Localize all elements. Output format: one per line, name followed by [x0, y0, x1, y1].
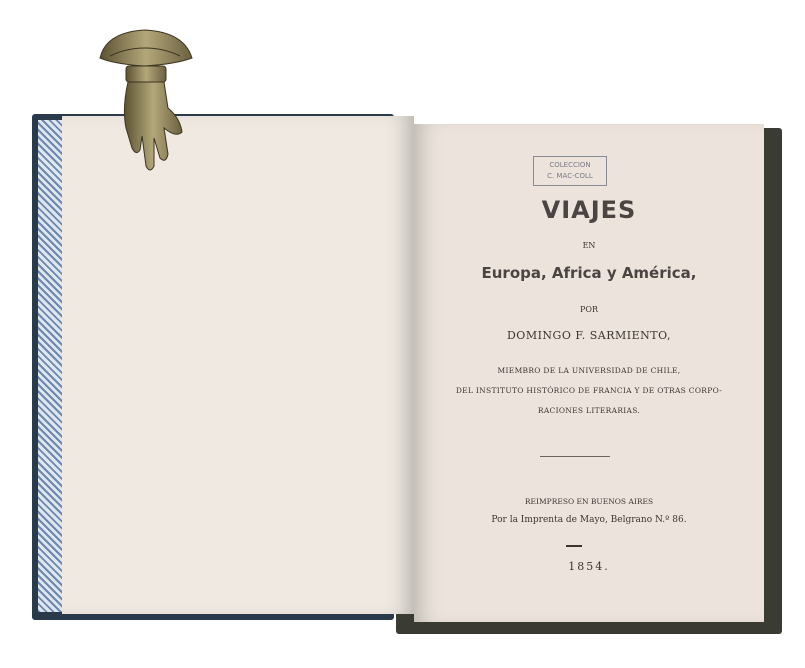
blank-left-page	[62, 116, 414, 614]
author-name: DOMINGO F. SARMIENTO,	[414, 329, 764, 342]
imprint-place: REIMPRESO EN BUENOS AIRES	[414, 497, 764, 506]
book-title: VIAJES	[414, 196, 764, 224]
affiliation-line: RACIONES LITERARIAS.	[414, 406, 764, 415]
por-word: POR	[414, 305, 764, 314]
ornament-rule	[540, 456, 610, 457]
imprint-printer: Por la Imprenta de Mayo, Belgrano N.º 86…	[414, 515, 764, 525]
brass-hand-bookmark-icon	[96, 28, 194, 178]
marbled-endpaper	[38, 120, 64, 612]
en-word: EN	[414, 241, 764, 250]
subtitle-places: Europa, Africa y América,	[414, 264, 764, 282]
rule-dash	[566, 545, 582, 547]
collection-stamp: COLECCION C. MAC-COLL	[533, 156, 607, 186]
affiliation-line: DEL INSTITUTO HISTÓRICO DE FRANCIA Y DE …	[414, 386, 764, 395]
affiliation-line: MIEMBRO DE LA UNIVERSIDAD DE CHILE,	[414, 366, 764, 375]
publication-year: 1854.	[414, 560, 764, 573]
